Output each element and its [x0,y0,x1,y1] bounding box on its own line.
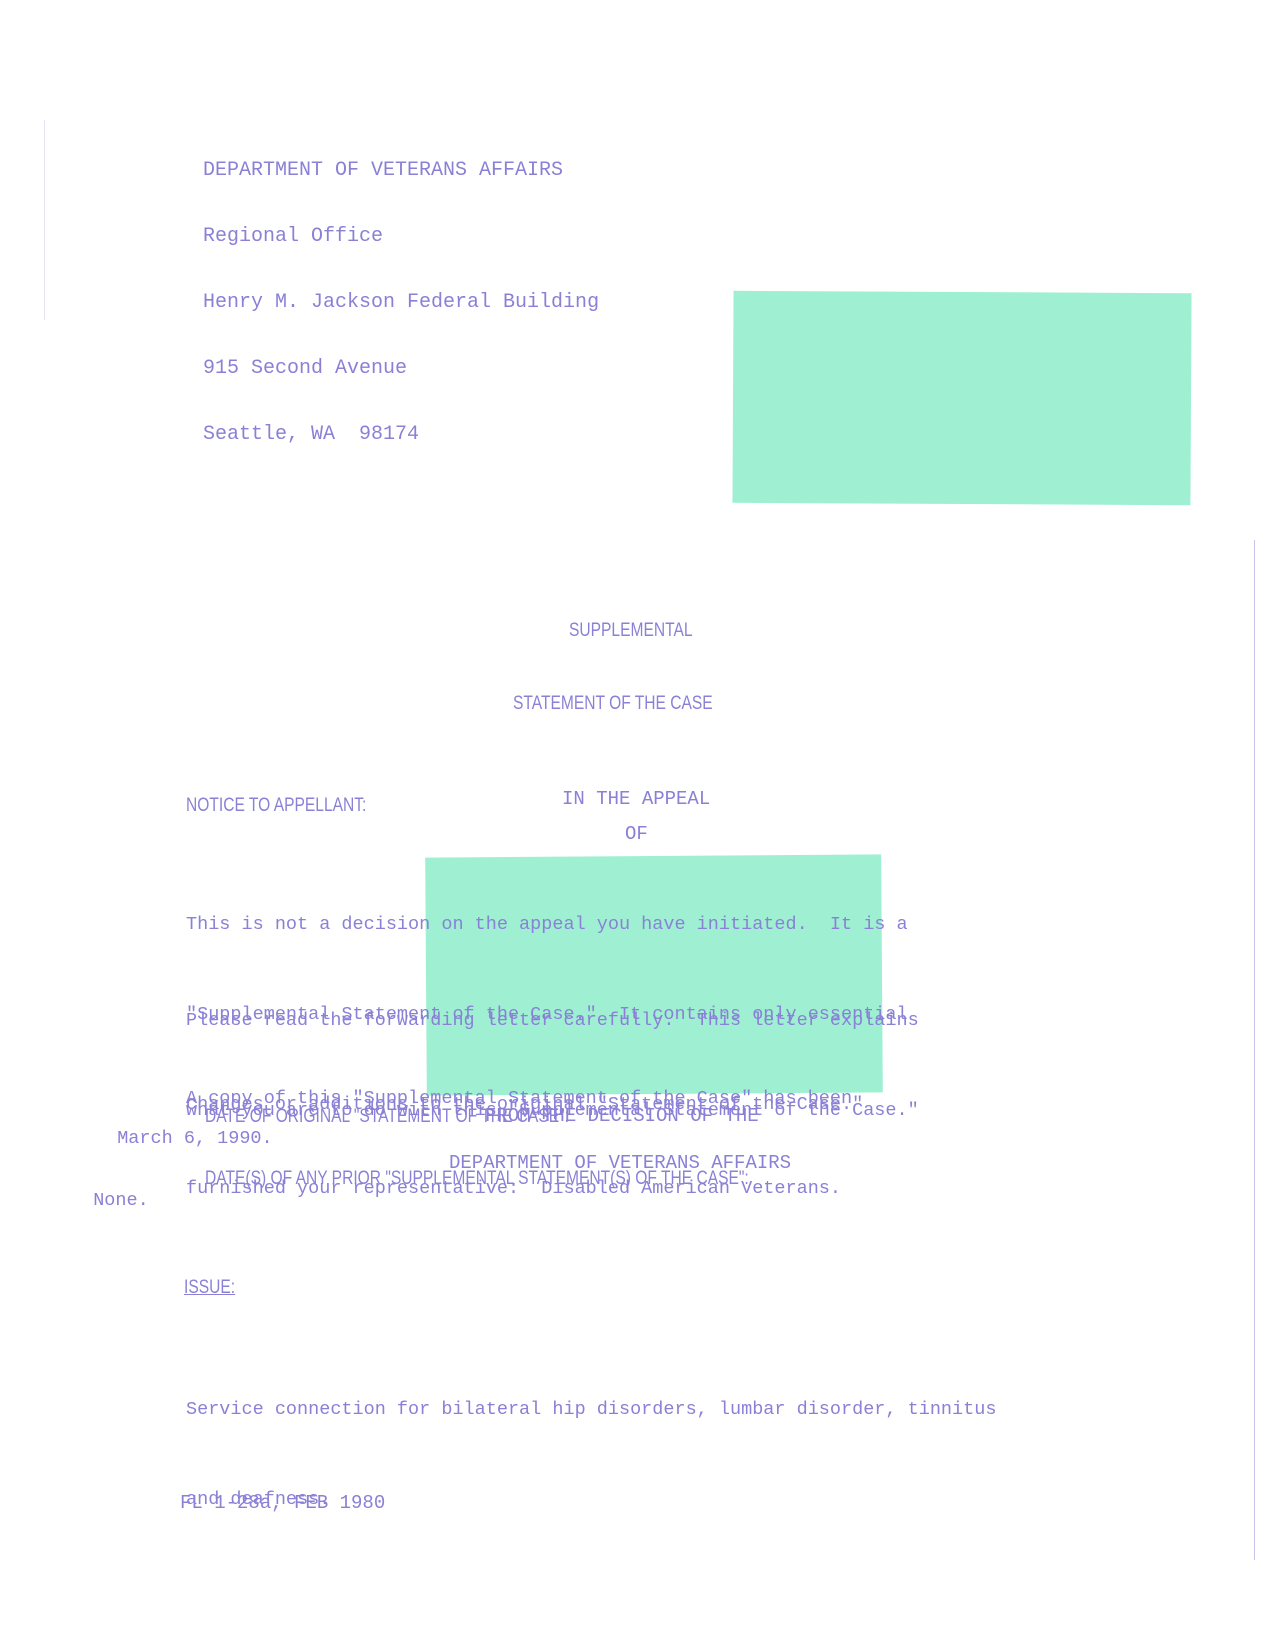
issue-label: ISSUE: [184,1277,235,1299]
letterhead-line: Henry M. Jackson Federal Building [203,292,599,314]
paragraph-line: This is not a decision on the appeal you… [186,910,908,940]
letterhead-line: Seattle, WA 98174 [203,424,599,446]
date-original-value: March 6, 1990. [117,1128,272,1149]
title-of: OF [625,823,648,845]
paragraph-line: Service connection for bilateral hip dis… [186,1395,996,1425]
title-statement-of-the-case: STATEMENT OF THE CASE [513,693,713,715]
letterhead-address: DEPARTMENT OF VETERANS AFFAIRS Regional … [203,116,599,468]
letterhead-line: DEPARTMENT OF VETERANS AFFAIRS [203,160,599,182]
letterhead-line: 915 Second Avenue [203,358,599,380]
form-identifier: FL 1-28a, FEB 1980 [180,1492,385,1514]
scan-edge-mark [44,120,45,320]
title-in-the-appeal: IN THE APPEAL [562,788,710,810]
date-original-label: DATE OF ORIGINAL "STATEMENT OF THE CASE"… [205,1106,569,1128]
redaction-recipient-address [732,291,1191,505]
date-prior-label: DATE(S) OF ANY PRIOR "SUPPLEMENTAL STATE… [205,1168,749,1190]
scan-edge-line [1254,540,1255,1560]
letterhead-line: Regional Office [203,226,599,248]
date-prior-row: DATE(S) OF ANY PRIOR "SUPPLEMENTAL STATE… [186,1150,868,1211]
date-original-row: DATE OF ORIGINAL "STATEMENT OF THE CASE"… [186,1088,649,1149]
date-prior-value: None. [93,1190,149,1211]
title-supplemental: SUPPLEMENTAL [569,620,693,642]
notice-heading: NOTICE TO APPELLANT: [186,795,366,817]
